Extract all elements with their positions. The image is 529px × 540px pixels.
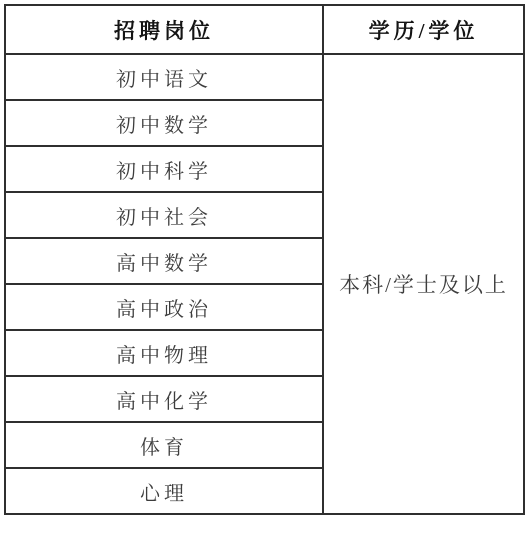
column-header-education: 学历/学位 [323, 5, 524, 54]
table-row: 初中语文 本科/学士及以上 [5, 54, 524, 100]
position-cell: 心理 [5, 468, 323, 514]
position-cell: 初中社会 [5, 192, 323, 238]
position-cell: 高中政治 [5, 284, 323, 330]
header-row: 招聘岗位 学历/学位 [5, 5, 524, 54]
recruitment-table: 招聘岗位 学历/学位 初中语文 本科/学士及以上 初中数学 初中科学 初中社会 … [4, 4, 525, 515]
column-header-position: 招聘岗位 [5, 5, 323, 54]
position-cell: 初中语文 [5, 54, 323, 100]
recruitment-table-container: 招聘岗位 学历/学位 初中语文 本科/学士及以上 初中数学 初中科学 初中社会 … [4, 4, 525, 515]
position-cell: 体育 [5, 422, 323, 468]
position-cell: 高中数学 [5, 238, 323, 284]
position-cell: 高中物理 [5, 330, 323, 376]
position-cell: 初中数学 [5, 100, 323, 146]
position-cell: 初中科学 [5, 146, 323, 192]
position-cell: 高中化学 [5, 376, 323, 422]
education-merged-cell: 本科/学士及以上 [323, 54, 524, 514]
